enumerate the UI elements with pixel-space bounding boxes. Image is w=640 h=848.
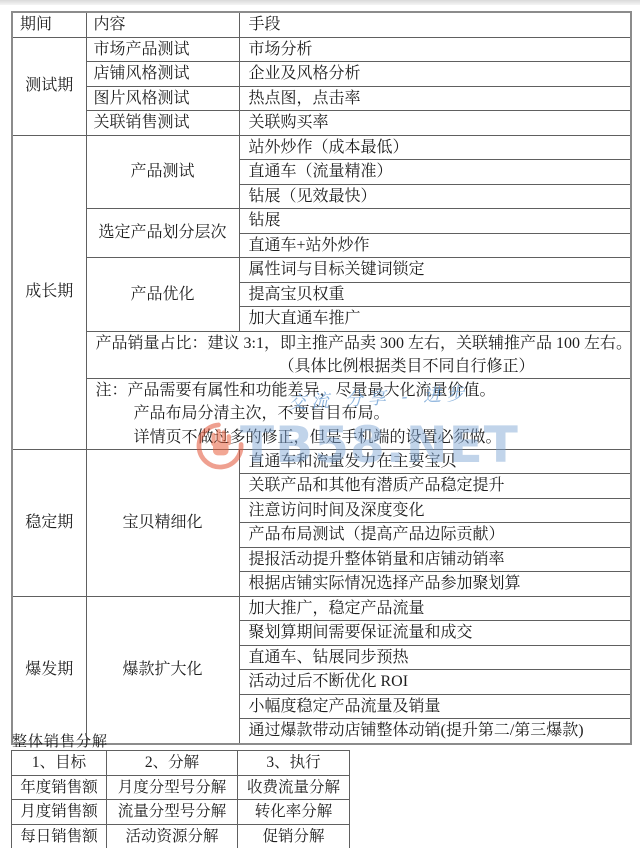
period-cell-growth: 成长期: [12, 135, 86, 449]
method-cell: 产品布局测试（提高产品边际贡献）: [239, 523, 631, 548]
remark-line: 详情页不做过多的修正，但是手机端的设置必须做。: [87, 426, 631, 449]
table-row: 产品优化 属性词与目标关键词锁定: [12, 258, 631, 283]
table-header-row: 期间 内容 手段: [12, 12, 631, 37]
method-cell: 根据店铺实际情况选择产品参加聚划算: [239, 572, 631, 597]
sales-ratio-line: 产品销量占比：建议 3:1，即主推产品卖 300 左右，关联辅推产品 100 左…: [87, 332, 631, 355]
method-cell: 关联购买率: [239, 111, 631, 136]
period-cell-test: 测试期: [12, 37, 86, 135]
method-cell: 活动过后不断优化 ROI: [239, 670, 631, 695]
table-row: 年度销售额 月度分型号分解 收费流量分解: [12, 775, 350, 800]
breakdown-cell: 收费流量分解: [238, 775, 350, 800]
breakdown-cell: 促销分解: [238, 824, 350, 848]
method-cell: 直通车（流量精准）: [239, 160, 631, 185]
content-cell-hot-scaling: 爆款扩大化: [86, 596, 239, 744]
content-cell: 市场产品测试: [86, 37, 239, 62]
remark-line: 注：产品需要有属性和功能差异，尽量最大化流量价值。: [87, 379, 631, 402]
breakdown-cell: 活动资源分解: [107, 824, 238, 848]
method-cell: 企业及风格分析: [239, 62, 631, 87]
method-cell: 通过爆款带动店铺整体动销(提升第二/第三爆款): [239, 719, 631, 744]
method-cell: 提高宝贝权重: [239, 282, 631, 307]
breakdown-cell: 每日销售额: [12, 824, 107, 848]
content-cell: 店铺风格测试: [86, 62, 239, 87]
content-cell: 图片风格测试: [86, 86, 239, 111]
breakdown-header-execute: 3、执行: [238, 751, 350, 776]
method-cell: 加大直通车推广: [239, 307, 631, 332]
table-row: 月度销售额 流量分型号分解 转化率分解: [12, 800, 350, 825]
method-cell: 钻展: [239, 209, 631, 234]
breakdown-header-goal: 1、目标: [12, 751, 107, 776]
breakdown-header-row: 1、目标 2、分解 3、执行: [12, 751, 350, 776]
table-row: 关联销售测试 关联购买率: [12, 111, 631, 136]
period-cell-stable: 稳定期: [12, 449, 86, 596]
table-row: 选定产品划分层次 钻展: [12, 209, 631, 234]
breakdown-cell: 转化率分解: [238, 800, 350, 825]
content-cell-tiering: 选定产品划分层次: [86, 209, 239, 258]
table-row: 产品销量占比：建议 3:1，即主推产品卖 300 左右，关联辅推产品 100 左…: [12, 331, 631, 379]
method-cell: 站外炒作（成本最低）: [239, 135, 631, 160]
breakdown-cell: 年度销售额: [12, 775, 107, 800]
content-cell: 关联销售测试: [86, 111, 239, 136]
sales-ratio-note-cell: 产品销量占比：建议 3:1，即主推产品卖 300 左右，关联辅推产品 100 左…: [86, 331, 631, 379]
remark-note-cell: 注：产品需要有属性和功能差异，尽量最大化流量价值。 产品布局分清主次，不要盲目布…: [86, 379, 631, 450]
content-cell-refinement: 宝贝精细化: [86, 449, 239, 596]
content-cell-optimize: 产品优化: [86, 258, 239, 332]
breakdown-cell: 流量分型号分解: [107, 800, 238, 825]
breakdown-table-title: 整体销售分解: [12, 730, 108, 751]
marketing-phase-table: 期间 内容 手段 测试期 市场产品测试 市场分析 店铺风格测试 企业及风格分析 …: [11, 11, 632, 745]
table-row: 图片风格测试 热点图，点击率: [12, 86, 631, 111]
method-cell: 直通车、钻展同步预热: [239, 645, 631, 670]
table-row: 成长期 产品测试 站外炒作（成本最低）: [12, 135, 631, 160]
breakdown-cell: 月度销售额: [12, 800, 107, 825]
method-cell: 聚划算期间需要保证流量和成交: [239, 621, 631, 646]
header-method: 手段: [239, 12, 631, 37]
method-cell: 热点图，点击率: [239, 86, 631, 111]
method-cell: 关联产品和其他有潜质产品稳定提升: [239, 474, 631, 499]
method-cell: 直通车和流量发力在主要宝贝: [239, 449, 631, 474]
sales-ratio-line: （具体比例根据类目不同自行修正）: [87, 355, 631, 378]
table-row: 稳定期 宝贝精细化 直通车和流量发力在主要宝贝: [12, 449, 631, 474]
method-cell: 市场分析: [239, 37, 631, 62]
method-cell: 注意访问时间及深度变化: [239, 498, 631, 523]
scanned-document-page: 期间 内容 手段 测试期 市场产品测试 市场分析 店铺风格测试 企业及风格分析 …: [0, 0, 640, 848]
remark-line: 产品布局分清主次，不要盲目布局。: [87, 402, 631, 425]
sales-breakdown-table: 1、目标 2、分解 3、执行 年度销售额 月度分型号分解 收费流量分解 月度销售…: [11, 750, 350, 848]
table-row: 每日销售额 活动资源分解 促销分解: [12, 824, 350, 848]
header-period: 期间: [12, 12, 86, 37]
method-cell: 小幅度稳定产品流量及销量: [239, 694, 631, 719]
header-content: 内容: [86, 12, 239, 37]
method-cell: 属性词与目标关键词锁定: [239, 258, 631, 283]
table-row: 店铺风格测试 企业及风格分析: [12, 62, 631, 87]
table-row: 测试期 市场产品测试 市场分析: [12, 37, 631, 62]
period-cell-burst: 爆发期: [12, 596, 86, 744]
breakdown-cell: 月度分型号分解: [107, 775, 238, 800]
content-cell-product-test: 产品测试: [86, 135, 239, 209]
table-row: 爆发期 爆款扩大化 加大推广，稳定产品流量: [12, 596, 631, 621]
method-cell: 提报活动提升整体销量和店铺动销率: [239, 547, 631, 572]
method-cell: 钻展（见效最快）: [239, 184, 631, 209]
table-row: 注：产品需要有属性和功能差异，尽量最大化流量价值。 产品布局分清主次，不要盲目布…: [12, 379, 631, 450]
method-cell: 加大推广，稳定产品流量: [239, 596, 631, 621]
breakdown-header-decompose: 2、分解: [107, 751, 238, 776]
scan-artifact-strip: [0, 0, 640, 5]
method-cell: 直通车+站外炒作: [239, 233, 631, 258]
